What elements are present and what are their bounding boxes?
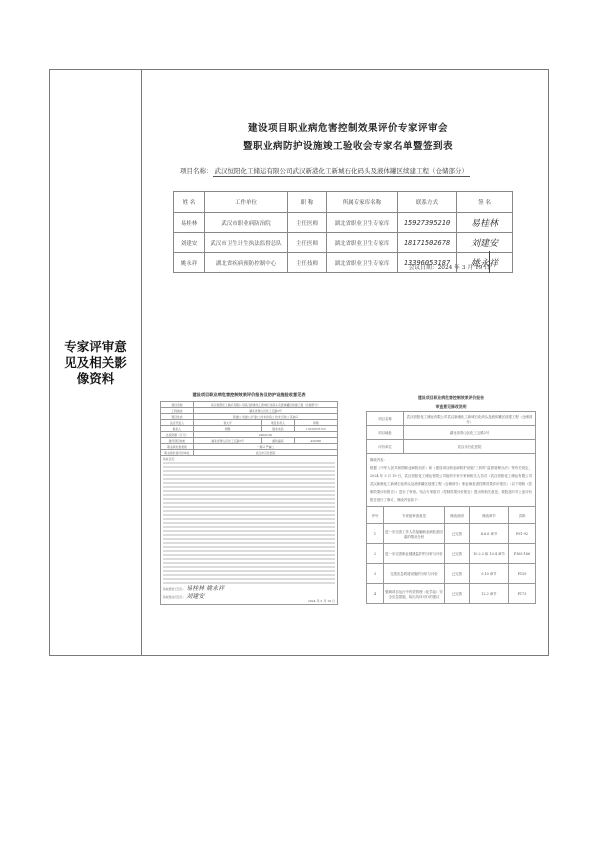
revision-content: 修改内容： 根据《中华人民共和国职业病防治法》和《建设项目职业病防护设施"三同时… [366, 454, 536, 506]
expert-table-header: 姓 名 工作单位 职 称 所属专家库名称 联系方式 签 名 [174, 192, 513, 213]
expert-sign-in-sheet: 建设项目职业病危害控制效果评价专家评审会 暨职业病防护设施竣工验收会专家名单暨签… [168, 120, 528, 273]
rev-index: 4 [367, 584, 384, 604]
col-section: 修改章节 [470, 507, 509, 524]
rev-opinion: 完善应急救援设施的分析与评价 [384, 564, 445, 584]
acceptance-info-table: 项目名称武汉恒阳化工储运有限公司武汉新港化工新城石化码头及液体罐区续建工程（仓储… [160, 401, 338, 456]
acceptance-title: 建设项目职业病危害控制效果评价报告及防护设施验收意见表 [160, 392, 338, 398]
col-page: 页码 [509, 507, 536, 524]
table-row: 职业病危害评价单位武汉市石化医院 [161, 450, 338, 456]
expert-title: 主任技师 [288, 253, 327, 273]
sheet-title-line1: 建设项目职业病危害控制效果评价专家评审会 [168, 120, 528, 138]
rev-section: 4.6.6 章节 [470, 524, 509, 544]
rev-opinion: 进一步完善职业健康监护的分析与评价 [384, 544, 445, 564]
rev-note: 已完善 [445, 524, 470, 544]
field-value: 武汉恒阳化工储运有限公司武汉新港化工新城石化码头及液体罐区续建工程（仓储部分） [404, 412, 536, 426]
rev-opinion: 强调项目运行中有效管理（化学品）安全应急措施，给出具体可行的建议 [384, 584, 445, 604]
table-row: 易桂林 武汉市职业病防治院 主任医师 湖北省职业卫生专家库 1592739521… [174, 213, 513, 233]
section-label: 专家评审意见及相关影像资料 [61, 339, 131, 387]
revision-table-header: 序号 专家组审查意见 修改说明 修改章节 页码 [367, 507, 536, 524]
table-row: 1进一步完善工作人员接触职业病危害因素的情况分析已完善4.6.6 章节P91-9… [367, 524, 536, 544]
rev-index: 1 [367, 524, 384, 544]
col-signature: 签 名 [457, 192, 513, 213]
leader-signature: 易桂林 姚永祥 [186, 585, 224, 592]
rev-page: P173 [509, 584, 536, 604]
expert-name: 易桂林 [174, 213, 205, 233]
field-value: 武汉市石化医院 [404, 440, 536, 454]
sheet-title-line2: 暨职业病防护设施竣工验收会专家名单暨签到表 [168, 138, 528, 156]
expert-table: 姓 名 工作单位 职 称 所属专家库名称 联系方式 签 名 易桂林 武汉市职业病… [173, 191, 513, 273]
member-sign-label: 验收组成员签名： [163, 595, 185, 599]
field-value: 湖北省青山区化工五路2号 [404, 426, 536, 440]
field-value: 武汉市石化医院 [194, 450, 338, 456]
expert-pool: 湖北省职业卫生专家库 [327, 233, 398, 253]
col-name: 姓 名 [174, 192, 205, 213]
rev-section: 10.2.2 和 10.4 章节 [470, 544, 509, 564]
acceptance-opinion-scan: 建设项目职业病危害控制效果评价报告及防护设施验收意见表 项目名称武汉恒阳化工储运… [160, 392, 338, 622]
project-name-row: 项目名称： 武汉恒阳化工储运有限公司武汉新港化工新城石化码头及液体罐区续建工程（… [168, 166, 528, 177]
col-index: 序号 [367, 507, 384, 524]
rev-index: 3 [367, 564, 384, 584]
rev-page: P165-166 [509, 544, 536, 564]
rev-page: P91-92 [509, 524, 536, 544]
rev-note: 已完善 [445, 544, 470, 564]
rev-note: 已完善 [445, 564, 470, 584]
expert-pool: 湖北省职业卫生专家库 [327, 253, 398, 273]
field-label: 项目地址 [367, 426, 404, 440]
expert-name: 刘建安 [174, 233, 205, 253]
table-row: 评价单位武汉市石化医院 [367, 440, 536, 454]
acceptance-opinion-body: 验收意见： 验收组组长签名： 易桂林 姚永祥 验收组成员签名： 刘建安 2024… [160, 456, 338, 605]
expert-signature: 易桂林 [457, 213, 513, 233]
col-pool: 所属专家库名称 [327, 192, 398, 213]
expert-unit: 湖北省疾病预防控制中心 [205, 253, 288, 273]
changes-text: 根据《中华人民共和国职业病防治法》和《建设项目职业病防护设施"三同时"监督管理办… [370, 464, 532, 504]
project-label: 项目名称： [180, 166, 213, 177]
table-row: 刘建安 武汉市卫生计生执法监督总队 主任医师 湖北省职业卫生专家库 181715… [174, 233, 513, 253]
leader-sign-label: 验收组组长签名： [163, 587, 185, 591]
col-opinion: 专家组审查意见 [384, 507, 445, 524]
field-label: 职业病危害评价单位 [161, 450, 194, 456]
col-note: 修改说明 [445, 507, 470, 524]
expert-unit: 武汉市职业病防治院 [205, 213, 288, 233]
table-row: 项目名称武汉恒阳化工储运有限公司武汉新港化工新城石化码头及液体罐区续建工程（仓储… [367, 412, 536, 426]
field-label: 评价单位 [367, 440, 404, 454]
revision-title-line1: 建设项目职业病危害控制效果评价报告 [366, 393, 536, 402]
col-title: 职 称 [288, 192, 327, 213]
table-row: 4强调项目运行中有效管理（化学品）安全应急措施，给出具体可行的建议已完善12.2… [367, 584, 536, 604]
meeting-date: 会议日期：2024 年 3 月 19 日 [409, 262, 490, 271]
expert-pool: 湖北省职业卫生专家库 [327, 213, 398, 233]
changes-label: 修改内容： [370, 456, 532, 464]
field-label: 项目名称 [367, 412, 404, 426]
rev-section: 12.2 章节 [470, 584, 509, 604]
member-signature: 刘建安 [186, 593, 204, 600]
table-row: 项目地址湖北省青山区化工五路2号 [367, 426, 536, 440]
revision-note-scan: 建设项目职业病危害控制效果评价报告 审查意见修改说明 项目名称武汉恒阳化工储运有… [366, 393, 536, 625]
revision-table: 序号 专家组审查意见 修改说明 修改章节 页码 1进一步完善工作人员接触职业病危… [366, 506, 536, 604]
expert-name: 姚永祥 [174, 253, 205, 273]
rev-opinion: 进一步完善工作人员接触职业病危害因素的情况分析 [384, 524, 445, 544]
expert-title: 主任医师 [288, 213, 327, 233]
rev-section: 9.10 章节 [470, 564, 509, 584]
revision-info-table: 项目名称武汉恒阳化工储运有限公司武汉新港化工新城石化码头及液体罐区续建工程（仓储… [366, 411, 536, 454]
expert-title: 主任医师 [288, 233, 327, 253]
rev-index: 2 [367, 544, 384, 564]
column-divider [141, 70, 142, 655]
col-phone: 联系方式 [398, 192, 457, 213]
section-label-cell: 专家评审意见及相关影像资料 [50, 70, 141, 655]
rev-note: 已完善 [445, 584, 470, 604]
revision-title-line2: 审查意见修改说明 [366, 402, 536, 411]
project-name: 武汉恒阳化工储运有限公司武汉新港化工新城石化码头及液体罐区续建工程（仓储部分） [213, 166, 471, 177]
expert-phone: 18171502678 [398, 233, 457, 253]
table-row: 3完善应急救援设施的分析与评价已完善9.10 章节P159 [367, 564, 536, 584]
col-unit: 工作单位 [205, 192, 288, 213]
expert-signature: 刘建安 [457, 233, 513, 253]
rev-page: P159 [509, 564, 536, 584]
table-row: 2进一步完善职业健康监护的分析与评价已完善10.2.2 和 10.4 章节P16… [367, 544, 536, 564]
expert-phone: 15927395210 [398, 213, 457, 233]
expert-unit: 武汉市卫生计生执法监督总队 [205, 233, 288, 253]
